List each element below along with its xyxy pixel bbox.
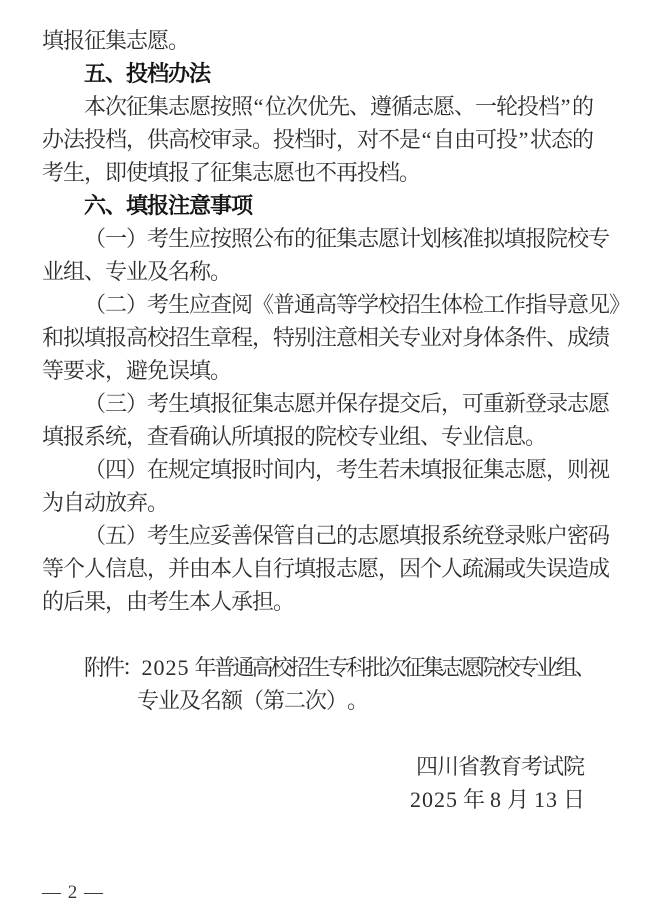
text-line: 填报系统，查看确认所填报的院校专业组、专业信息。	[42, 420, 642, 453]
text-line: 考生，即使填报了征集志愿也不再投档。	[42, 156, 642, 189]
text-line: 等要求，避免误填。	[42, 354, 642, 387]
attachment-line: 附件：2025 年普通高校招生专科批次征集志愿院校专业组、	[42, 651, 642, 684]
text-line: 为自动放弃。	[42, 486, 642, 519]
issuer-name: 四川省教育考试院	[42, 750, 584, 783]
text-line: 的后果，由考生本人承担。	[42, 585, 642, 618]
text-line: 业组、专业及名称。	[42, 255, 642, 288]
text-line: 和拟填报高校招生章程，特别注意相关专业对身体条件、成绩	[42, 321, 642, 354]
attachment-line: 专业及名额（第二次）。	[42, 684, 642, 717]
notice-content: 填报征集志愿。五、投档办法本次征集志愿按照“位次优先、遵循志愿、一轮投档”的办法…	[42, 24, 642, 816]
text-line: （四）在规定填报时间内，考生若未填报征集志愿，则视	[42, 453, 642, 486]
section-heading: 五、投档办法	[42, 57, 642, 90]
text-line: 等个人信息，并由本人自行填报志愿，因个人疏漏或失误造成	[42, 552, 642, 585]
page-number: — 2 —	[42, 883, 104, 903]
attachment-note: 附件：2025 年普通高校招生专科批次征集志愿院校专业组、专业及名额（第二次）。	[42, 651, 642, 717]
document-page: 填报征集志愿。五、投档办法本次征集志愿按照“位次优先、遵循志愿、一轮投档”的办法…	[0, 0, 655, 913]
section-heading: 六、填报注意事项	[42, 189, 642, 222]
text-line: 本次征集志愿按照“位次优先、遵循志愿、一轮投档”的	[42, 90, 642, 123]
text-line: 办法投档，供高校审录。投档时，对不是“自由可投”状态的	[42, 123, 642, 156]
text-line: （二）考生应查阅《普通高等学校招生体检工作指导意见》	[42, 288, 642, 321]
notice-body: 填报征集志愿。五、投档办法本次征集志愿按照“位次优先、遵循志愿、一轮投档”的办法…	[42, 24, 642, 618]
signature-block: 四川省教育考试院 2025 年 8 月 13 日	[42, 750, 642, 816]
text-line: （一）考生应按照公布的征集志愿计划核准拟填报院校专	[42, 222, 642, 255]
text-line: 填报征集志愿。	[42, 24, 642, 57]
issue-date: 2025 年 8 月 13 日	[42, 783, 584, 816]
text-line: （三）考生填报征集志愿并保存提交后，可重新登录志愿	[42, 387, 642, 420]
text-line: （五）考生应妥善保管自己的志愿填报系统登录账户密码	[42, 519, 642, 552]
